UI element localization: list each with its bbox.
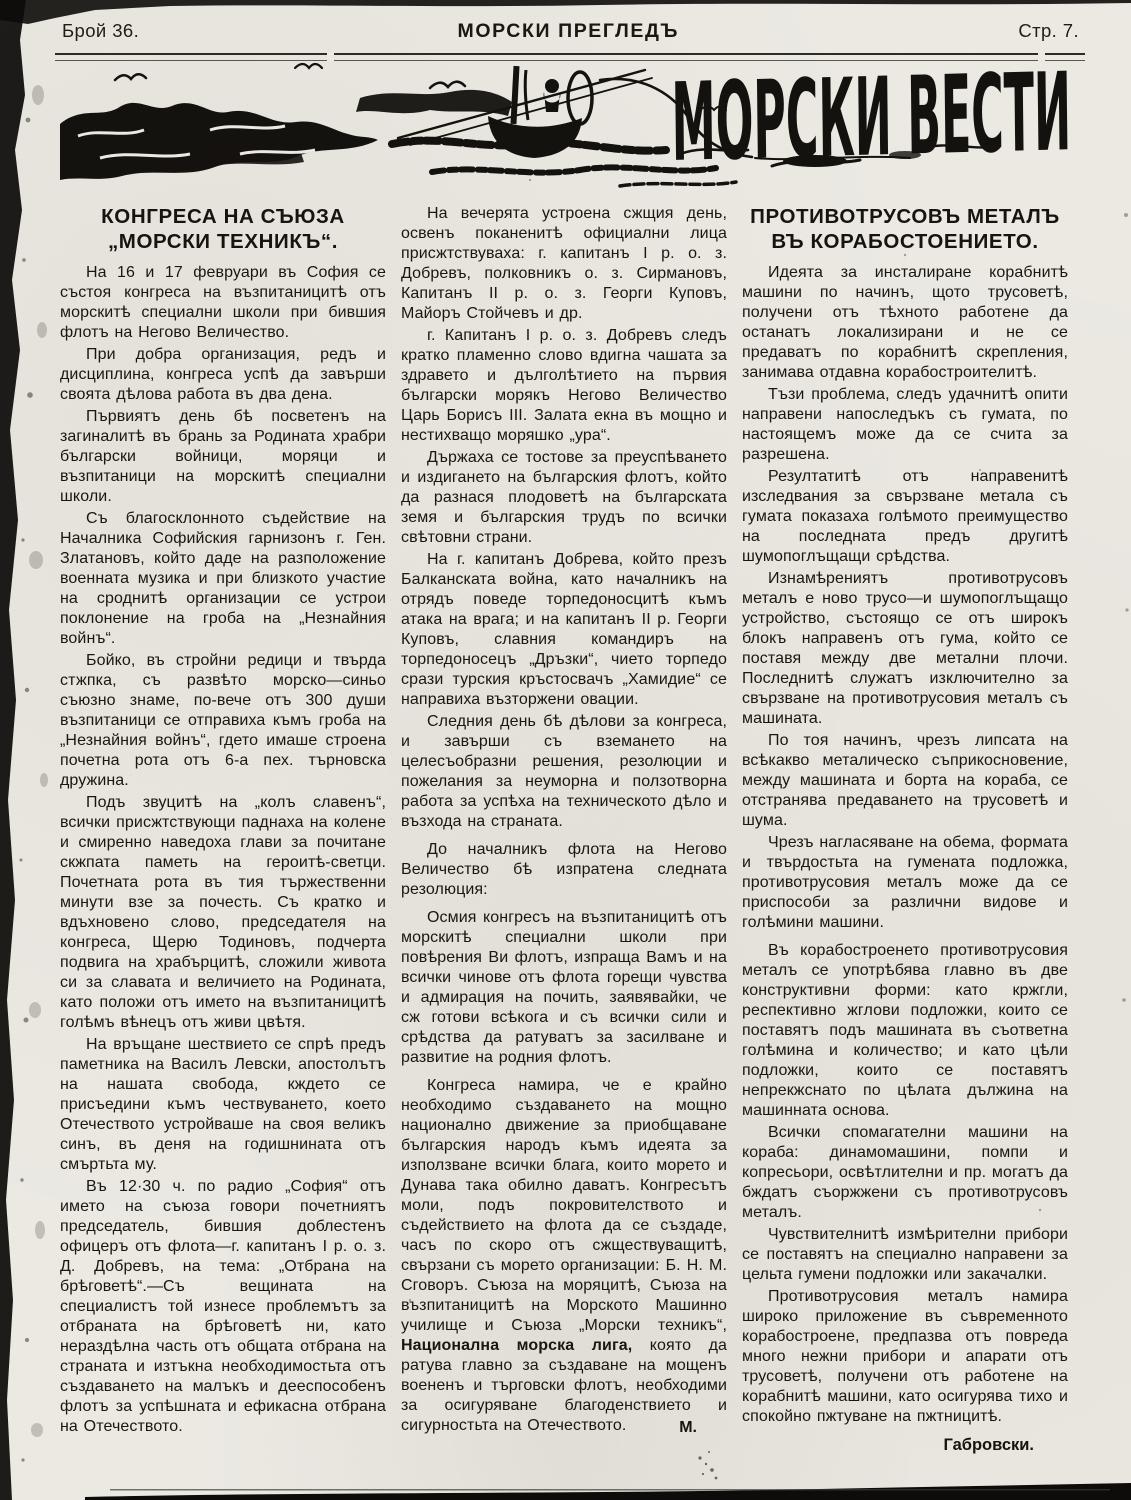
national-naval-league-emphasis: Национална морска лига, [401, 1337, 632, 1354]
page-number: Стр. 7. [1018, 20, 1079, 42]
paragraph: Изнамѣрениятъ противотрусовъ металъ е но… [742, 569, 1068, 729]
paragraph: Чувствителнитѣ измѣрителни прибори се по… [742, 1225, 1068, 1285]
paragraph: Чрезъ нагласяване на обема, формата и тв… [742, 833, 1068, 933]
issue-number: Брой 36. [62, 20, 139, 42]
paragraph: Тъзи проблема, следъ удачнитѣ опити напр… [742, 385, 1068, 465]
svg-text:МОРСКИ ВЕСТИ: МОРСКИ ВЕСТИ [671, 58, 1072, 186]
paragraph: Бойко, въ стройни редици и твърда стжпка… [60, 651, 386, 791]
paragraph: Съ благосклонното съдействие на Началник… [60, 509, 386, 649]
paragraph: Държаха се тостове за преуспѣването и из… [401, 448, 727, 548]
article-congress-col2: На вечерята устроена сжщия день, освенъ … [401, 204, 727, 1464]
paragraph: По тоя начинъ, чрезъ липсата на всѣкакво… [742, 731, 1068, 831]
paragraph: Въ 12·30 ч. по радио „София“ отъ името н… [60, 1177, 386, 1437]
paper-title: МОРСКИ ПРЕГЛЕДЪ [458, 20, 680, 43]
paragraph: г. Капитанъ I р. о. з. Добревъ следъ кра… [401, 326, 727, 446]
paragraph: Осмия конгресъ на възпитаницитѣ отъ морс… [401, 908, 727, 1068]
author-signature: Габровски. [742, 1435, 1068, 1455]
article-metal: ПРОТИВОТРУСОВЪ МЕТАЛЪ ВЪ КОРАБОСТОЕНИЕТО… [742, 204, 1068, 1464]
paragraph: До началникъ флота на Негово Величество … [401, 840, 727, 900]
paragraph: Идеята за инсталиране корабнитѣ машини п… [742, 263, 1068, 383]
paragraph: Резултатитѣ отъ направенитѣ изследвания … [742, 467, 1068, 567]
article-congress-headline: КОНГРЕСА НА СЪЮЗА „МОРСКИ ТЕХНИКЪ“. [60, 204, 386, 254]
resolution-text: Конгреса намира, че е крайно необходимо … [401, 1077, 727, 1334]
paragraph: При добра организация, редъ и дисциплина… [60, 345, 386, 405]
masthead: Брой 36. МОРСКИ ПРЕГЛЕДЪ Стр. 7. [62, 20, 1079, 46]
newspaper-page: Брой 36. МОРСКИ ПРЕГЛЕДЪ Стр. 7. [0, 0, 1131, 1500]
paragraph: Въ корабостроенето противотрусовия метал… [742, 941, 1068, 1121]
paragraph: На вечерята устроена сжщия день, освенъ … [401, 204, 727, 324]
paragraph: На връщане шествието се спрѣ предъ памет… [60, 1035, 386, 1175]
paragraph: Подъ звуцитѣ на „колъ славенъ“, всички п… [60, 793, 386, 1033]
paragraph: Всички спомагателни машини на кораба: ди… [742, 1123, 1068, 1223]
margin-smudges [29, 85, 48, 1437]
article-metal-headline: ПРОТИВОТРУСОВЪ МЕТАЛЪ ВЪ КОРАБОСТОЕНИЕТО… [742, 204, 1068, 254]
section-banner: МОРСКИ ВЕСТИ [58, 58, 1072, 198]
paragraph: Противотрусовия металъ намира широко при… [742, 1287, 1068, 1427]
article-congress-col1: КОНГРЕСА НА СЪЮЗА „МОРСКИ ТЕХНИКЪ“. На 1… [60, 204, 386, 1464]
article-columns: КОНГРЕСА НА СЪЮЗА „МОРСКИ ТЕХНИКЪ“. На 1… [60, 204, 1068, 1464]
section-title: МОРСКИ ВЕСТИ [671, 58, 1072, 186]
paragraph: На г. капитанъ Добрева, който презъ Балк… [401, 550, 727, 710]
sea-illustration: МОРСКИ ВЕСТИ [58, 58, 1072, 198]
paragraph: Конгреса намира, че е крайно необходимо … [401, 1076, 727, 1436]
paragraph: Първиятъ день бѣ посветенъ на загиналитѣ… [60, 407, 386, 507]
paragraph: На 16 и 17 февруари въ София се състоя к… [60, 263, 386, 343]
paragraph: Следния день бѣ дѣлови за конгреса, и за… [401, 712, 727, 832]
